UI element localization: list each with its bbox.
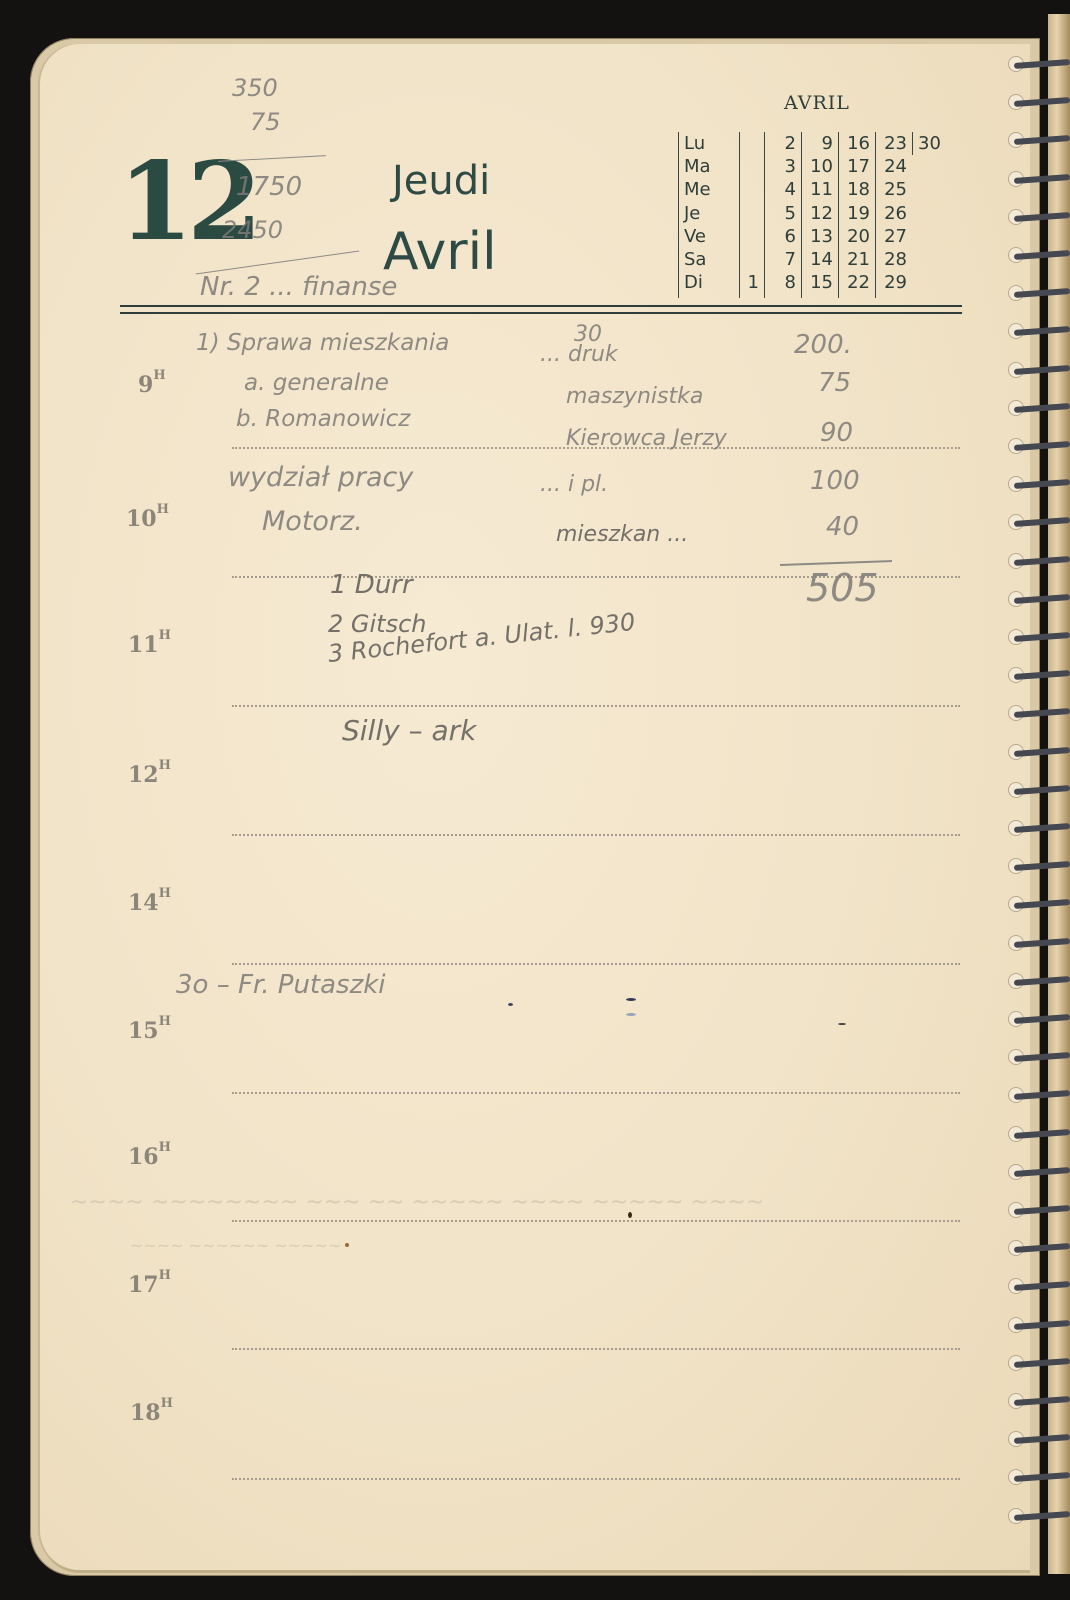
spiral-coil [1008, 589, 1070, 609]
spiral-coil [1008, 92, 1070, 112]
spiral-coil [1008, 130, 1070, 150]
expense-label: mieszkan ... [556, 522, 688, 547]
spiral-coil [1008, 1391, 1070, 1411]
date-cell: 17 [844, 155, 870, 178]
expense-label: maszynistka [566, 384, 703, 409]
spiral-coil [1008, 1429, 1070, 1449]
date-cell: 20 [844, 225, 870, 248]
date-cell: 18 [844, 178, 870, 201]
ink-mark [508, 1003, 513, 1006]
weekday-label: Jeudi [392, 158, 490, 204]
spiral-coil [1008, 780, 1070, 800]
hour-divider [232, 1092, 960, 1094]
hour-label-10: 10H [126, 506, 169, 532]
handwritten-sum: 75 [250, 108, 281, 136]
ink-mark [838, 1023, 846, 1025]
date-cell: 9 [807, 132, 833, 155]
spiral-coil [1008, 627, 1070, 647]
date-cell: 12 [807, 202, 833, 225]
spiral-coil [1008, 1009, 1070, 1029]
date-cell [745, 225, 759, 248]
spiral-coil [1008, 169, 1070, 189]
handwritten-sum: 1750 [236, 172, 302, 202]
hour-divider [232, 705, 960, 707]
spiral-coil [1008, 971, 1070, 991]
weekday-label: Ve [684, 225, 734, 248]
spiral-coil [1008, 1315, 1070, 1335]
week-column: 23 24 25 26 27 28 29 [875, 132, 912, 298]
week-column: 9 10 11 12 13 14 15 [801, 132, 838, 298]
header-rule-bottom [120, 312, 962, 314]
date-cell: 22 [844, 271, 870, 294]
handwritten-note-12h: Silly – ark [342, 714, 476, 747]
date-cell: 4 [770, 178, 796, 201]
date-cell: 5 [770, 202, 796, 225]
hour-divider [232, 1220, 960, 1222]
spiral-coil [1008, 1467, 1070, 1487]
spiral-coil [1008, 1353, 1070, 1373]
handwritten-note: b. Romanowicz [236, 406, 410, 432]
spiral-coil [1008, 1124, 1070, 1144]
hour-divider [232, 1478, 960, 1480]
weekday-label: Lu [684, 132, 734, 155]
spiral-coil [1008, 1162, 1070, 1182]
handwritten-sum: 2450 [222, 216, 283, 244]
date-cell: 27 [881, 225, 907, 248]
date-cell: 26 [881, 202, 907, 225]
date-cell: 13 [807, 225, 833, 248]
expense-amount: 90 [820, 418, 853, 448]
spiral-coil [1008, 1276, 1070, 1296]
hour-label-15: 15H [128, 1018, 171, 1044]
date-cell: 23 [881, 132, 907, 155]
spiral-coil [1008, 894, 1070, 914]
date-cell: 7 [770, 248, 796, 271]
bleed-through-text: ~~~~ ~~~~~~~~ ~~~ ~~ ~~~~~ ~~~~ ~~~~~ ~~… [70, 1190, 764, 1215]
expense-amount: 200. [794, 330, 852, 360]
handwritten-note: a. generalne [244, 370, 389, 396]
header-rule-top [120, 305, 962, 307]
date-cell: 14 [807, 248, 833, 271]
spiral-coil [1008, 856, 1070, 876]
date-cell: 11 [807, 178, 833, 201]
spiral-coil [1008, 818, 1070, 838]
expense-amount: 75 [818, 368, 851, 398]
expense-label: Kierowca Jerzy [566, 426, 727, 451]
date-cell: 30 [918, 132, 946, 155]
handwritten-sum: 350 [232, 74, 278, 102]
handwritten-header-note: Nr. 2 ... finanse [200, 272, 397, 302]
handwritten-note-15h: 3o – Fr. Putaszki [176, 970, 386, 1000]
expense-label: ... druk [540, 342, 618, 367]
date-cell: 2 [770, 132, 796, 155]
spiral-coil [1008, 512, 1070, 532]
hour-label-12: 12H [128, 762, 171, 788]
date-cell: 15 [807, 271, 833, 294]
week-column: 16 17 18 19 20 21 22 [838, 132, 875, 298]
hour-divider [232, 1348, 960, 1350]
spiral-coil [1008, 933, 1070, 953]
mini-calendar-grid: Lu Ma Me Je Ve Sa Di 1 2 3 4 5 6 7 8 9 [678, 132, 951, 298]
date-cell [745, 248, 759, 271]
week-column: 30 [912, 132, 951, 155]
hour-label-14: 14H [128, 890, 171, 916]
hour-label-18: 18H [130, 1400, 173, 1426]
date-cell: 8 [770, 271, 796, 294]
spiral-coil [1008, 1085, 1070, 1105]
spiral-coil [1008, 703, 1070, 723]
spiral-coil [1008, 742, 1070, 762]
handwritten-note: Motorz. [262, 506, 363, 537]
expense-amount: 40 [826, 512, 859, 542]
spiral-coil [1008, 54, 1070, 74]
spiral-coil [1008, 245, 1070, 265]
spiral-coil [1008, 665, 1070, 685]
date-cell: 16 [844, 132, 870, 155]
expense-amount: 100 [810, 466, 860, 496]
spiral-coil [1008, 283, 1070, 303]
ink-mark [626, 998, 636, 1001]
hour-label-17: 17H [128, 1272, 171, 1298]
weekday-label: Me [684, 178, 734, 201]
spiral-coil [1008, 1200, 1070, 1220]
date-cell: 19 [844, 202, 870, 225]
hour-label-9: 9H [138, 372, 166, 398]
date-cell: 24 [881, 155, 907, 178]
hour-label-16: 16H [128, 1144, 171, 1170]
weekday-label: Ma [684, 155, 734, 178]
expense-total: 505 [806, 566, 879, 610]
list-item: 1 Durr [330, 570, 413, 600]
month-label: Avril [383, 222, 497, 282]
handwritten-note: wydział pracy [228, 462, 413, 493]
spiral-coil [1008, 1047, 1070, 1067]
date-cell: 21 [844, 248, 870, 271]
spiral-coil [1008, 398, 1070, 418]
date-cell: 10 [807, 155, 833, 178]
weekday-label: Je [684, 202, 734, 225]
date-cell [745, 202, 759, 225]
date-cell [745, 155, 759, 178]
hour-divider [232, 834, 960, 836]
ink-mark [628, 1212, 632, 1218]
week-column: 1 [739, 132, 764, 298]
week-column: 2 3 4 5 6 7 8 [764, 132, 801, 298]
spiral-coil [1008, 1506, 1070, 1526]
date-cell: 25 [881, 178, 907, 201]
bleed-through-text: ~~~~ ~~~~~~ ~~~~~ [130, 1236, 341, 1255]
date-cell: 29 [881, 271, 907, 294]
spiral-coil [1008, 474, 1070, 494]
hour-label-11: 11H [128, 632, 171, 658]
weekday-label: Sa [684, 248, 734, 271]
expense-label: ... i pl. [540, 472, 608, 497]
date-cell [745, 178, 759, 201]
mini-calendar-title: AVRIL [784, 92, 850, 114]
date-cell: 1 [745, 271, 759, 294]
spiral-coil [1008, 360, 1070, 380]
date-cell: 28 [881, 248, 907, 271]
spiral-binding [1008, 54, 1070, 1554]
spiral-coil [1008, 551, 1070, 571]
spiral-coil [1008, 1238, 1070, 1258]
spiral-coil [1008, 321, 1070, 341]
date-cell [745, 132, 759, 155]
spiral-coil [1008, 207, 1070, 227]
date-cell: 3 [770, 155, 796, 178]
spiral-coil [1008, 436, 1070, 456]
ink-mark [626, 1013, 636, 1016]
hour-divider [232, 963, 960, 965]
date-cell: 6 [770, 225, 796, 248]
weekday-column: Lu Ma Me Je Ve Sa Di [678, 132, 739, 298]
weekday-label: Di [684, 271, 734, 294]
handwritten-note: 1) Sprawa mieszkania [196, 330, 449, 356]
ink-mark [345, 1243, 349, 1247]
